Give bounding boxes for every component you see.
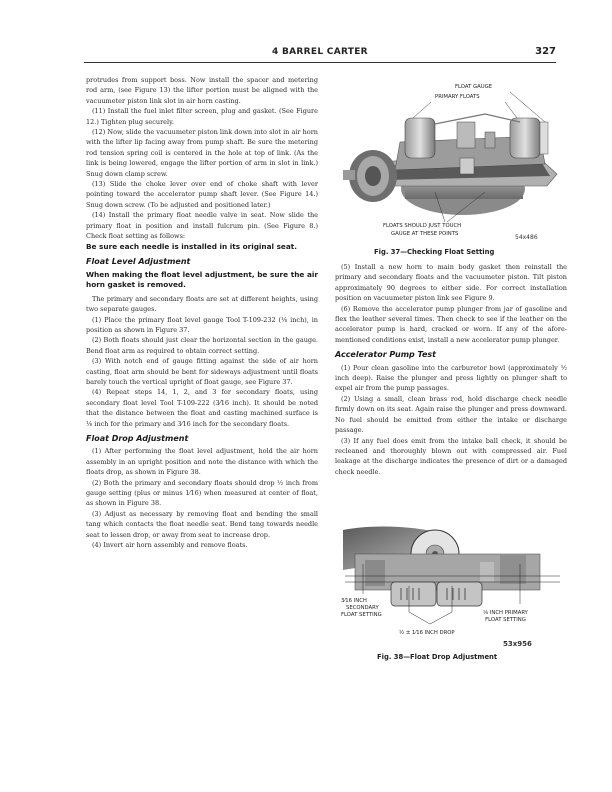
label-line: SECONDARY [341,605,382,612]
section-heading-float-drop: Float Drop Adjustment [86,434,318,444]
label-float-gauge: FLOAT GAUGE [455,84,492,91]
section-heading-pump-test: Accelerator Pump Test [335,350,567,360]
paragraph: (12) Now, slide the vacuumeter piston li… [86,127,318,179]
page-header: 4 BARREL CARTER 327 [84,44,556,63]
paragraph: (14) Install the primary float needle va… [86,210,318,241]
figure-37: FLOAT GAUGE PRIMARY FLOATS FLOATS SHOULD… [335,74,570,256]
paragraph: protrudes from support boss. Now install… [86,75,318,106]
paragraph: (1) Pour clean gasoline into the carbure… [335,363,567,394]
paragraph: (3) If any fuel does emit from the intak… [335,436,567,478]
paragraph: (2) Both the primary and secondary float… [86,478,318,509]
label-line: 3⁄16 INCH [341,598,382,605]
bold-warning: Be sure each needle is installed in its … [86,242,318,253]
paragraph: (4) Invert air horn assembly and remove … [86,540,318,550]
label-line: FLOAT SETTING [341,612,382,619]
figure-37-caption: Fig. 37—Checking Float Setting [374,248,494,256]
paragraph: (11) Install the fuel inlet filter scree… [86,106,318,127]
figure-id: 54x486 [515,234,538,241]
float-drop-photo-illustration [335,524,570,664]
paragraph: (6) Remove the accelerator pump plunger … [335,304,567,346]
right-column: (5) Install a new horn to main body gask… [335,262,567,477]
label-touch-points-line1: FLOATS SHOULD JUST TOUCH [383,223,461,230]
label-touch-points-line2: GAUGE AT THESE POINTS [391,231,458,238]
label-line: FLOAT SETTING [483,617,528,624]
figure-38-caption: Fig. 38—Float Drop Adjustment [377,653,497,661]
paragraph: (3) With notch end of gauge fitting agai… [86,356,318,387]
label-secondary-setting: 3⁄16 INCH SECONDARY FLOAT SETTING [341,598,382,619]
paragraph: (2) Using a small, clean brass rod, hold… [335,394,567,436]
left-column: protrudes from support boss. Now install… [86,75,318,550]
label-primary-setting: ⅛ INCH PRIMARY FLOAT SETTING [483,610,528,624]
paragraph: (3) Adjust as necessary by removing floa… [86,509,318,540]
section-heading-float-level: Float Level Adjustment [86,257,318,267]
paragraph: (1) After performing the float level adj… [86,446,318,477]
paragraph: (13) Slide the choke lever over end of c… [86,179,318,210]
bold-warning: When making the float level adjustment, … [86,270,318,291]
paragraph: (1) Place the primary float level gauge … [86,315,318,336]
label-line: ⅛ INCH PRIMARY [483,610,528,617]
paragraph: The primary and secondary floats are set… [86,294,318,315]
figure-38: 3⁄16 INCH SECONDARY FLOAT SETTING ⅛ INCH… [335,524,570,664]
paragraph: (5) Install a new horn to main body gask… [335,262,567,304]
paragraph: (4) Repeat steps 14, 1, 2, and 3 for sec… [86,387,318,429]
paragraph: (2) Both floats should just clear the ho… [86,335,318,356]
figure-id: 53x956 [503,640,532,648]
label-drop: ½ ± 1⁄16 INCH DROP [399,630,455,637]
page-number: 327 [535,46,556,57]
label-primary-floats: PRIMARY FLOATS [435,94,480,101]
chapter-title: 4 BARREL CARTER [272,47,368,57]
